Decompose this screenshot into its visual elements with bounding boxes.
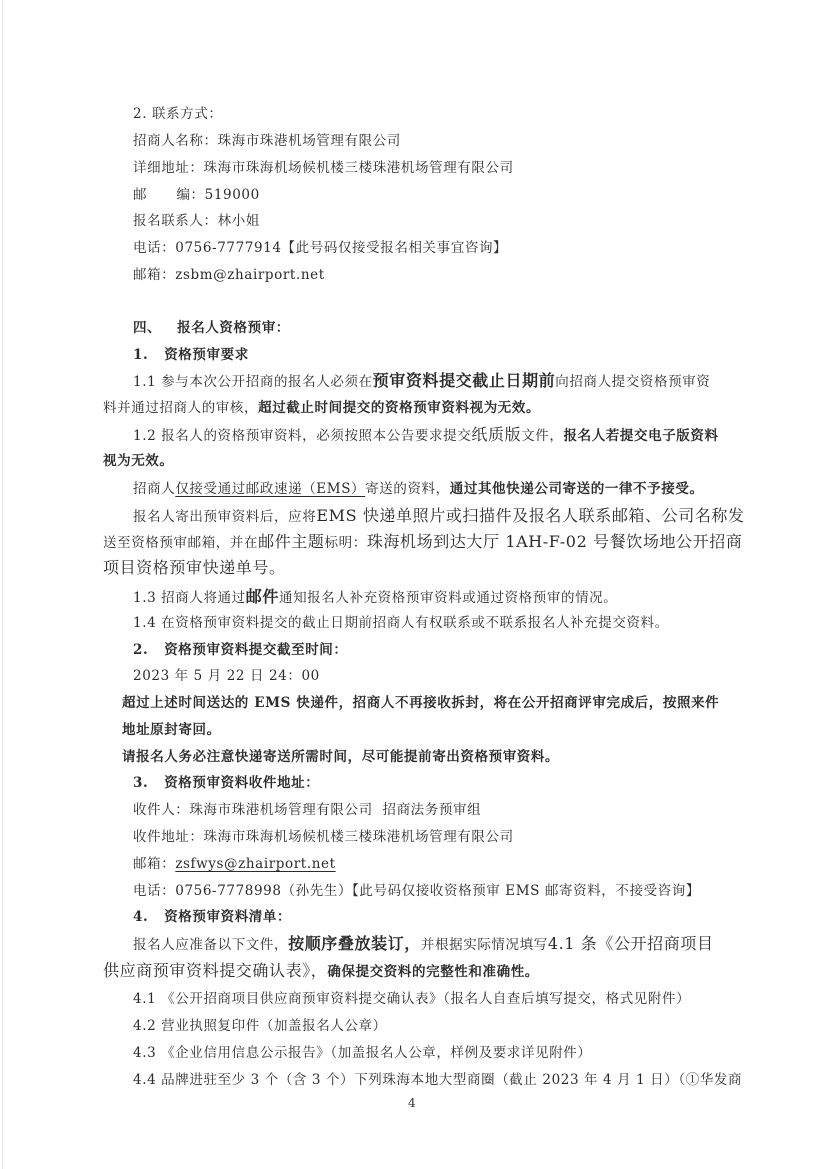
list-item-4-2: 4.2 营业执照复印件（加盖报名人公章） — [133, 1017, 387, 1035]
paragraph-1-2-cont: 视为无效。 — [103, 452, 174, 470]
paragraph-1-1: 1.1 参与本次公开招商的报名人必须在预审资料提交截止日期前向招商人提交资格预审… — [133, 372, 710, 391]
emphasis: 邮件主题 — [258, 532, 324, 551]
list-intro: 报名人应准备以下文件，按顺序叠放装订，并根据实际情况填写4.1 条《公开招商项目 — [133, 935, 714, 954]
emphasis: 供应商预审资料提交确认表》， — [103, 961, 327, 980]
subsection-2-heading: 2. 资格预审资料提交截至时间： — [133, 641, 348, 659]
subsection-3-heading: 3. 资格预审资料收件地址： — [133, 774, 319, 792]
emphasis: 纸质版 — [471, 425, 521, 444]
emphasis: 通过其他快递公司寄送的一律不予接受。 — [450, 481, 704, 497]
list-item-4-3: 4.3 《企业信用信息公示报告》（加盖报名人公章，样例及要求详见附件） — [133, 1044, 592, 1062]
paragraph-send: 报名人寄出预审资料后，应将EMS 快递单照片或扫描件及报名人联系邮箱、公司名称发 — [133, 507, 745, 526]
emphasis: 超过截止时间提交的资格预审资料视为无效。 — [258, 400, 540, 416]
text: 电话：0756-7778998（孙先生） — [133, 883, 352, 899]
page-number: 4 — [408, 1096, 416, 1110]
paragraph-1-1-cont: 料并通过招商人的审核，超过截止时间提交的资格预审资料视为无效。 — [103, 399, 540, 417]
emphasis: 邮件 — [246, 587, 279, 606]
list-item-4-1: 4.1 《公开招商项目供应商预审资料提交确认表》（报名人自查后填写提交，格式见附… — [133, 990, 690, 1008]
email-link[interactable]: zsfwys@zhairport.net — [175, 856, 335, 872]
underlined-text: 仅接受通过邮政速递（EMS） — [175, 481, 365, 497]
text: 报名人应准备以下文件， — [133, 937, 288, 953]
text: 1.2 报名人的资格预审资料，必须按照本公告要求提交 — [133, 428, 471, 444]
emphasis: 4.1 条《公开招商项目 — [548, 934, 714, 953]
paragraph-send-cont: 送至资格预审邮箱，并在邮件主题标明：珠海机场到达大厅 1AH-F-02 号餐饮场… — [103, 533, 742, 552]
text: 标明： — [325, 535, 367, 551]
mailing-notice: 请报名人务必注意快递寄送所需时间，尽可能提前寄出资格预审资料。 — [122, 748, 559, 766]
deadline: 2023 年 5 月 22 日 24：00 — [133, 667, 320, 685]
recipient-email: 邮箱：zsfwys@zhairport.net — [133, 855, 336, 873]
emphasis: EMS 快递单照片或扫描件 — [316, 506, 512, 525]
text: 1.3 招商人将通过 — [133, 590, 246, 606]
text: 寄送的资料， — [365, 481, 450, 497]
text: 并根据实际情况填写 — [421, 937, 548, 953]
subsection-4-heading: 4. 资格预审资料清单： — [133, 908, 291, 926]
contact-company: 招商人名称：珠海市珠港机场管理有限公司 — [133, 132, 401, 150]
text: 招商人 — [133, 481, 175, 497]
emphasis: 珠海机场到达大厅 1AH-F-02 号餐饮场地公开招商 — [367, 532, 743, 551]
paragraph-1-4: 1.4 在资格预审资料提交的截止日期前招商人有权联系或不联系报名人补充提交资料。 — [133, 614, 669, 632]
emphasis: 报名人若提交电子版资料 — [564, 428, 719, 444]
recipient-phone: 电话：0756-7778998（孙先生）【此号码仅接收资格预审 EMS 邮寄资料… — [133, 882, 700, 900]
text: 文件， — [521, 428, 563, 444]
contact-postcode: 邮 编：519000 — [133, 186, 260, 204]
emphasis: 预审资料提交截止日期前 — [373, 371, 556, 390]
emphasis: 确保提交资料的完整性和准确性。 — [327, 964, 539, 980]
paragraph-1-3: 1.3 招商人将通过邮件通知报名人补充资格预审资料或通过资格预审的情况。 — [133, 588, 617, 607]
section-heading: 四、 报名人资格预审： — [133, 319, 290, 337]
list-item-4-4: 4.4 品牌进驻至少 3 个（含 3 个）下列珠海本地大型商圈（截止 2023 … — [133, 1071, 742, 1089]
subsection-1-heading: 1. 资格预审要求 — [133, 346, 249, 364]
email-label: 邮箱： — [133, 856, 175, 872]
contact-person: 报名联系人：林小姐 — [133, 212, 260, 230]
recipient: 收件人：珠海市珠港机场管理有限公司 招商法务预审组 — [133, 801, 481, 819]
late-notice-2: 地址原封寄回。 — [122, 721, 221, 739]
text: 报名人寄出预审资料后，应将 — [133, 509, 316, 525]
paragraph-ems: 招商人仅接受通过邮政速递（EMS）寄送的资料，通过其他快递公司寄送的一律不予接受… — [133, 480, 704, 498]
recipient-address: 收件地址：珠海市珠海机场候机楼三楼珠港机场管理有限公司 — [133, 828, 514, 846]
paragraph-1-2: 1.2 报名人的资格预审资料，必须按照本公告要求提交纸质版文件，报名人若提交电子… — [133, 426, 719, 445]
scan-edge — [2, 0, 3, 1169]
list-intro-cont: 供应商预审资料提交确认表》，确保提交资料的完整性和准确性。 — [103, 962, 539, 981]
text: 【此号码仅接收资格预审 EMS 邮寄资料，不接受咨询】 — [352, 883, 700, 899]
emphasis: 按顺序叠放装订， — [288, 934, 421, 953]
contact-address: 详细地址：珠海市珠海机场候机楼三楼珠港机场管理有限公司 — [133, 159, 514, 177]
paragraph-send-cont2: 项目资格预审快递单号。 — [103, 559, 286, 577]
text: 通知报名人补充资格预审资料或通过资格预审的情况。 — [279, 590, 617, 606]
contact-phone: 电话：0756-7777914【此号码仅接受报名相关事宜咨询】 — [133, 239, 507, 257]
text: 向招商人提交资格预审资 — [555, 374, 710, 390]
text: 1.1 参与本次公开招商的报名人必须在 — [133, 374, 373, 390]
text: 料并通过招商人的审核， — [103, 400, 258, 416]
emphasis: 及报名人联系邮箱、公司名称发 — [512, 506, 744, 525]
contact-email: 邮箱：zsbm@zhairport.net — [133, 266, 325, 284]
late-notice-1: 超过上述时间送达的 EMS 快递件，招商人不再接收拆封，将在公开招商评审完成后，… — [122, 694, 719, 712]
contact-heading: 2. 联系方式： — [133, 105, 222, 123]
text: 送至资格预审邮箱，并在 — [103, 535, 258, 551]
